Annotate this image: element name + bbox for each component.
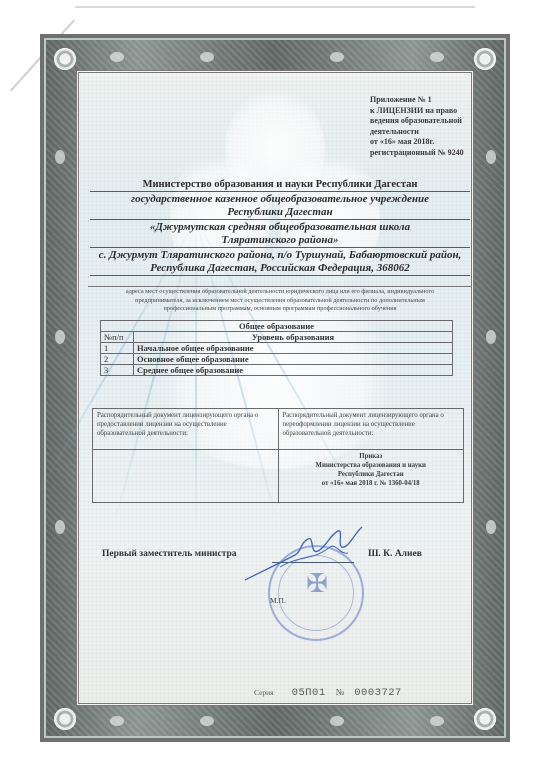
address-caption-line: адреса мест осуществления образовательно…	[88, 288, 472, 297]
scroll-ornament-icon	[110, 52, 124, 62]
address-caption-line: профессиональным программам, основным пр…	[88, 305, 472, 314]
scroll-ornament-icon	[430, 52, 444, 62]
row-number: 2	[101, 354, 134, 365]
annex-line: ведения образовательной	[370, 116, 490, 127]
org-type-line: государственное казенное общеобразовател…	[90, 193, 470, 206]
corner-ornament-icon	[472, 706, 498, 732]
annex-line: к ЛИЦЕНЗИИ на право	[370, 106, 490, 117]
annex-line: регистрационный № 9240	[370, 148, 490, 159]
table-row: 2 Основное общее образование	[101, 354, 453, 365]
form-serial: Серия 05П01 № 0003727	[254, 682, 402, 700]
signatory-name: Ш. К. Алиев	[368, 549, 422, 559]
row-number: 1	[101, 343, 134, 354]
handwritten-signature-icon	[240, 525, 370, 585]
scroll-ornament-icon	[486, 520, 496, 534]
organization-block: Министерство образования и науки Республ…	[90, 178, 470, 277]
grant-document-header: Распорядительный документ лицензирующего…	[93, 409, 279, 450]
scroll-ornament-icon	[55, 150, 65, 164]
scroll-ornament-icon	[330, 52, 344, 62]
education-levels-table: Общее образование №п/п Уровень образован…	[100, 320, 453, 376]
table-column-header: №п/п Уровень образования	[101, 332, 453, 343]
annex-line: Приложение № 1	[370, 95, 490, 106]
org-name-line: Тляратинского района»	[90, 234, 470, 247]
section-title: Общее образование	[101, 321, 453, 332]
number-sign: №	[336, 687, 345, 697]
scroll-ornament-icon	[200, 716, 214, 726]
org-address-line: Республика Дагестан, Российская Федераци…	[90, 262, 470, 275]
reissue-document-header: Распорядительный документ лицензирующего…	[278, 409, 464, 450]
table-row: 3 Среднее общее образование	[101, 365, 453, 376]
row-level: Среднее общее образование	[134, 365, 453, 376]
order-issuer: Министерства образования и науки	[283, 461, 460, 470]
org-name-line: «Джурмутская средняя общеобразовательная…	[90, 221, 470, 234]
scroll-ornament-icon	[430, 716, 444, 726]
scroll-ornament-icon	[486, 330, 496, 344]
annex-line: от «16» мая 2018г.	[370, 137, 490, 148]
table-section-header: Общее образование	[101, 321, 453, 332]
order-title: Приказ	[283, 452, 460, 461]
annex-header: Приложение № 1 к ЛИЦЕНЗИИ на право веден…	[370, 95, 490, 158]
address-caption-line: предпринимателя, за исключением мест осу…	[88, 297, 472, 306]
row-number: 3	[101, 365, 134, 376]
serial-label: Серия	[254, 688, 274, 697]
org-address-line: с. Джурмут Тляратинского района, п/о Тур…	[90, 249, 470, 262]
table-row: 1 Начальное общее образование	[101, 343, 453, 354]
scroll-ornament-icon	[55, 330, 65, 344]
signatory-title: Первый заместитель министра	[102, 549, 237, 559]
scan-top-edge	[75, 6, 475, 8]
scroll-ornament-icon	[200, 52, 214, 62]
scroll-ornament-icon	[330, 716, 344, 726]
scroll-ornament-icon	[110, 716, 124, 726]
ministry-name: Министерство образования и науки Республ…	[90, 178, 470, 191]
serial-number: 0003727	[354, 687, 402, 699]
reissue-document-value: Приказ Министерства образования и науки …	[278, 450, 464, 503]
column-number-header: №п/п	[101, 332, 134, 343]
org-type-line: Республики Дагестан	[90, 206, 470, 219]
grant-document-value	[93, 450, 279, 503]
order-issuer-region: Республики Дагестан	[283, 470, 460, 479]
row-level: Основное общее образование	[134, 354, 453, 365]
column-level-header: Уровень образования	[134, 332, 453, 343]
administrative-documents-table: Распорядительный документ лицензирующего…	[92, 408, 464, 503]
stamp-placeholder-label: М.П.	[270, 596, 286, 605]
address-caption: адреса мест осуществления образовательно…	[88, 286, 472, 314]
order-date-number: от «16» мая 2018 г. № 1360-04/18	[283, 479, 460, 488]
scroll-ornament-icon	[55, 520, 65, 534]
row-level: Начальное общее образование	[134, 343, 453, 354]
corner-ornament-icon	[52, 706, 78, 732]
corner-ornament-icon	[52, 46, 78, 72]
serial-series: 05П01	[292, 687, 326, 699]
corner-ornament-icon	[472, 46, 498, 72]
annex-line: деятельности	[370, 127, 490, 138]
